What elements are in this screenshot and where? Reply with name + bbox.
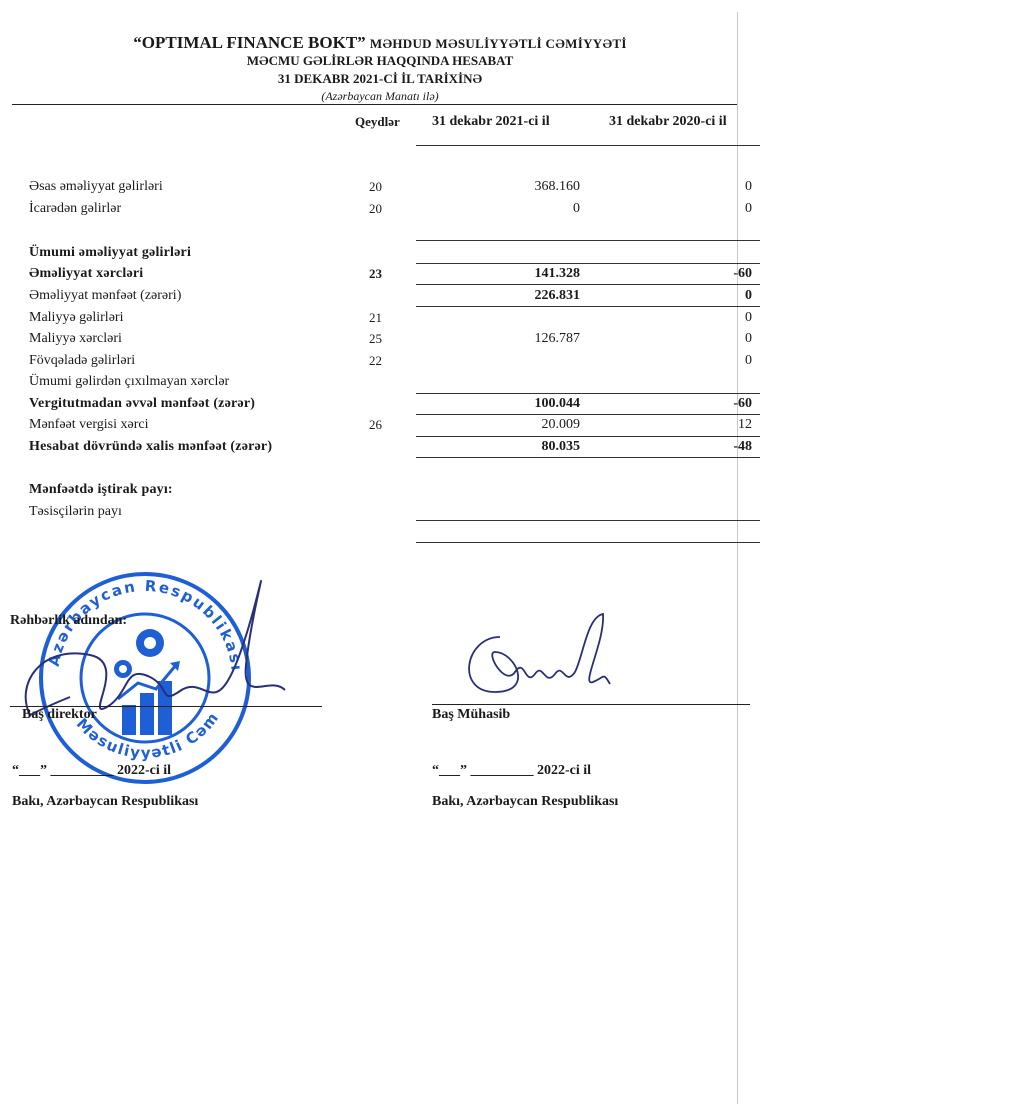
row-label: Mənfəət vergisi xərci	[29, 417, 148, 433]
company-seal-icon: Azərbaycan Respublikası Məsuliyyətli Cəm…	[10, 565, 340, 795]
row-value-2021: 141.328	[410, 266, 580, 282]
company-heading: “OPTIMAL FINANCE BOKT” MƏHDUD MƏSULİYYƏT…	[0, 33, 760, 53]
row-note: 23	[369, 266, 409, 282]
management-label: Rəhbərlik adından:	[10, 613, 127, 629]
row-note: 26	[369, 417, 409, 433]
company-type: MƏHDUD MƏSULİYYƏTLİ CƏMİYYƏTİ	[370, 36, 627, 51]
row-label: Hesabat dövründə xalis mənfəət (zərər)	[29, 439, 272, 455]
director-place: Bakı, Azərbaycan Respublikası	[12, 794, 198, 810]
founders-share-label: Təsisçilərin payı	[29, 504, 122, 520]
row-value-2020: 0	[642, 201, 752, 217]
table-rule	[416, 263, 760, 264]
row-value-2021: 80.035	[410, 439, 580, 455]
share-title: Mənfəətdə iştirak payı:	[29, 482, 173, 498]
table-rule	[416, 457, 760, 458]
accountant-title: Baş Mühasib	[432, 707, 510, 723]
row-value-2021: 368.160	[410, 179, 580, 195]
row-note: 21	[369, 310, 409, 326]
report-title: MƏCMU GƏLİRLƏR HAQQINDA HESABAT	[0, 53, 760, 69]
row-value-2020: 0	[642, 331, 752, 347]
column-header-2020: 31 dekabr 2020-ci il	[609, 114, 727, 130]
column-header-2021: 31 dekabr 2021-ci il	[432, 114, 550, 130]
row-value-2020: -60	[642, 266, 752, 282]
row-label: Fövqəladə gəlirləri	[29, 353, 135, 369]
row-label: Ümumi əməliyyat gəlirləri	[29, 245, 191, 261]
row-note: 25	[369, 331, 409, 347]
director-title: Baş direktor	[22, 707, 97, 723]
row-label: İcarədən gəlirlər	[29, 201, 121, 217]
row-value-2020: 0	[642, 288, 752, 304]
column-header-underline	[416, 145, 760, 146]
row-value-2020: 12	[642, 417, 752, 433]
row-label: Maliyyə xərcləri	[29, 331, 122, 347]
accountant-signature-line	[432, 704, 750, 705]
accountant-date: “___” _________ 2022-ci il	[432, 763, 591, 779]
table-rule	[416, 284, 760, 285]
share-rule	[416, 542, 760, 543]
accountant-place: Bakı, Azərbaycan Respublikası	[432, 794, 618, 810]
header-divider	[12, 104, 738, 105]
row-label: Əsas əməliyyat gəlirləri	[29, 179, 163, 195]
table-rule	[416, 414, 760, 415]
column-header-notes: Qeydlər	[355, 114, 400, 130]
row-value-2020: -48	[642, 439, 752, 455]
row-value-2021: 20.009	[410, 417, 580, 433]
row-value-2021: 0	[410, 201, 580, 217]
row-value-2021: 126.787	[410, 331, 580, 347]
row-value-2021: 100.044	[410, 396, 580, 412]
row-note: 20	[369, 179, 409, 195]
table-rule	[416, 240, 760, 241]
row-label: Maliyyə gəlirləri	[29, 310, 123, 326]
row-note: 20	[369, 201, 409, 217]
company-name: “OPTIMAL FINANCE BOKT”	[133, 33, 365, 52]
row-label: Ümumi gəlirdən çıxılmayan xərclər	[29, 374, 229, 390]
row-value-2020: -60	[642, 396, 752, 412]
row-note: 22	[369, 353, 409, 369]
row-label: Əməliyyat mənfəət (zərəri)	[29, 288, 181, 304]
table-rule	[416, 436, 760, 437]
accountant-signature-icon	[455, 612, 625, 702]
row-value-2020: 0	[642, 179, 752, 195]
row-value-2021: 226.831	[410, 288, 580, 304]
table-rule	[416, 306, 760, 307]
row-label: Vergitutmadan əvvəl mənfəət (zərər)	[29, 396, 255, 412]
row-value-2020: 0	[642, 353, 752, 369]
director-date: “___” _________ 2022-ci il	[12, 763, 171, 779]
share-rule	[416, 520, 760, 521]
page-edge-line	[737, 12, 738, 1104]
row-label: Əməliyyat xərcləri	[29, 266, 143, 282]
report-date: 31 DEKABR 2021-Cİ İL TARİXİNƏ	[0, 71, 760, 87]
currency-note: (Azərbaycan Manatı ilə)	[0, 89, 760, 104]
row-value-2020: 0	[642, 310, 752, 326]
table-rule	[416, 393, 760, 394]
